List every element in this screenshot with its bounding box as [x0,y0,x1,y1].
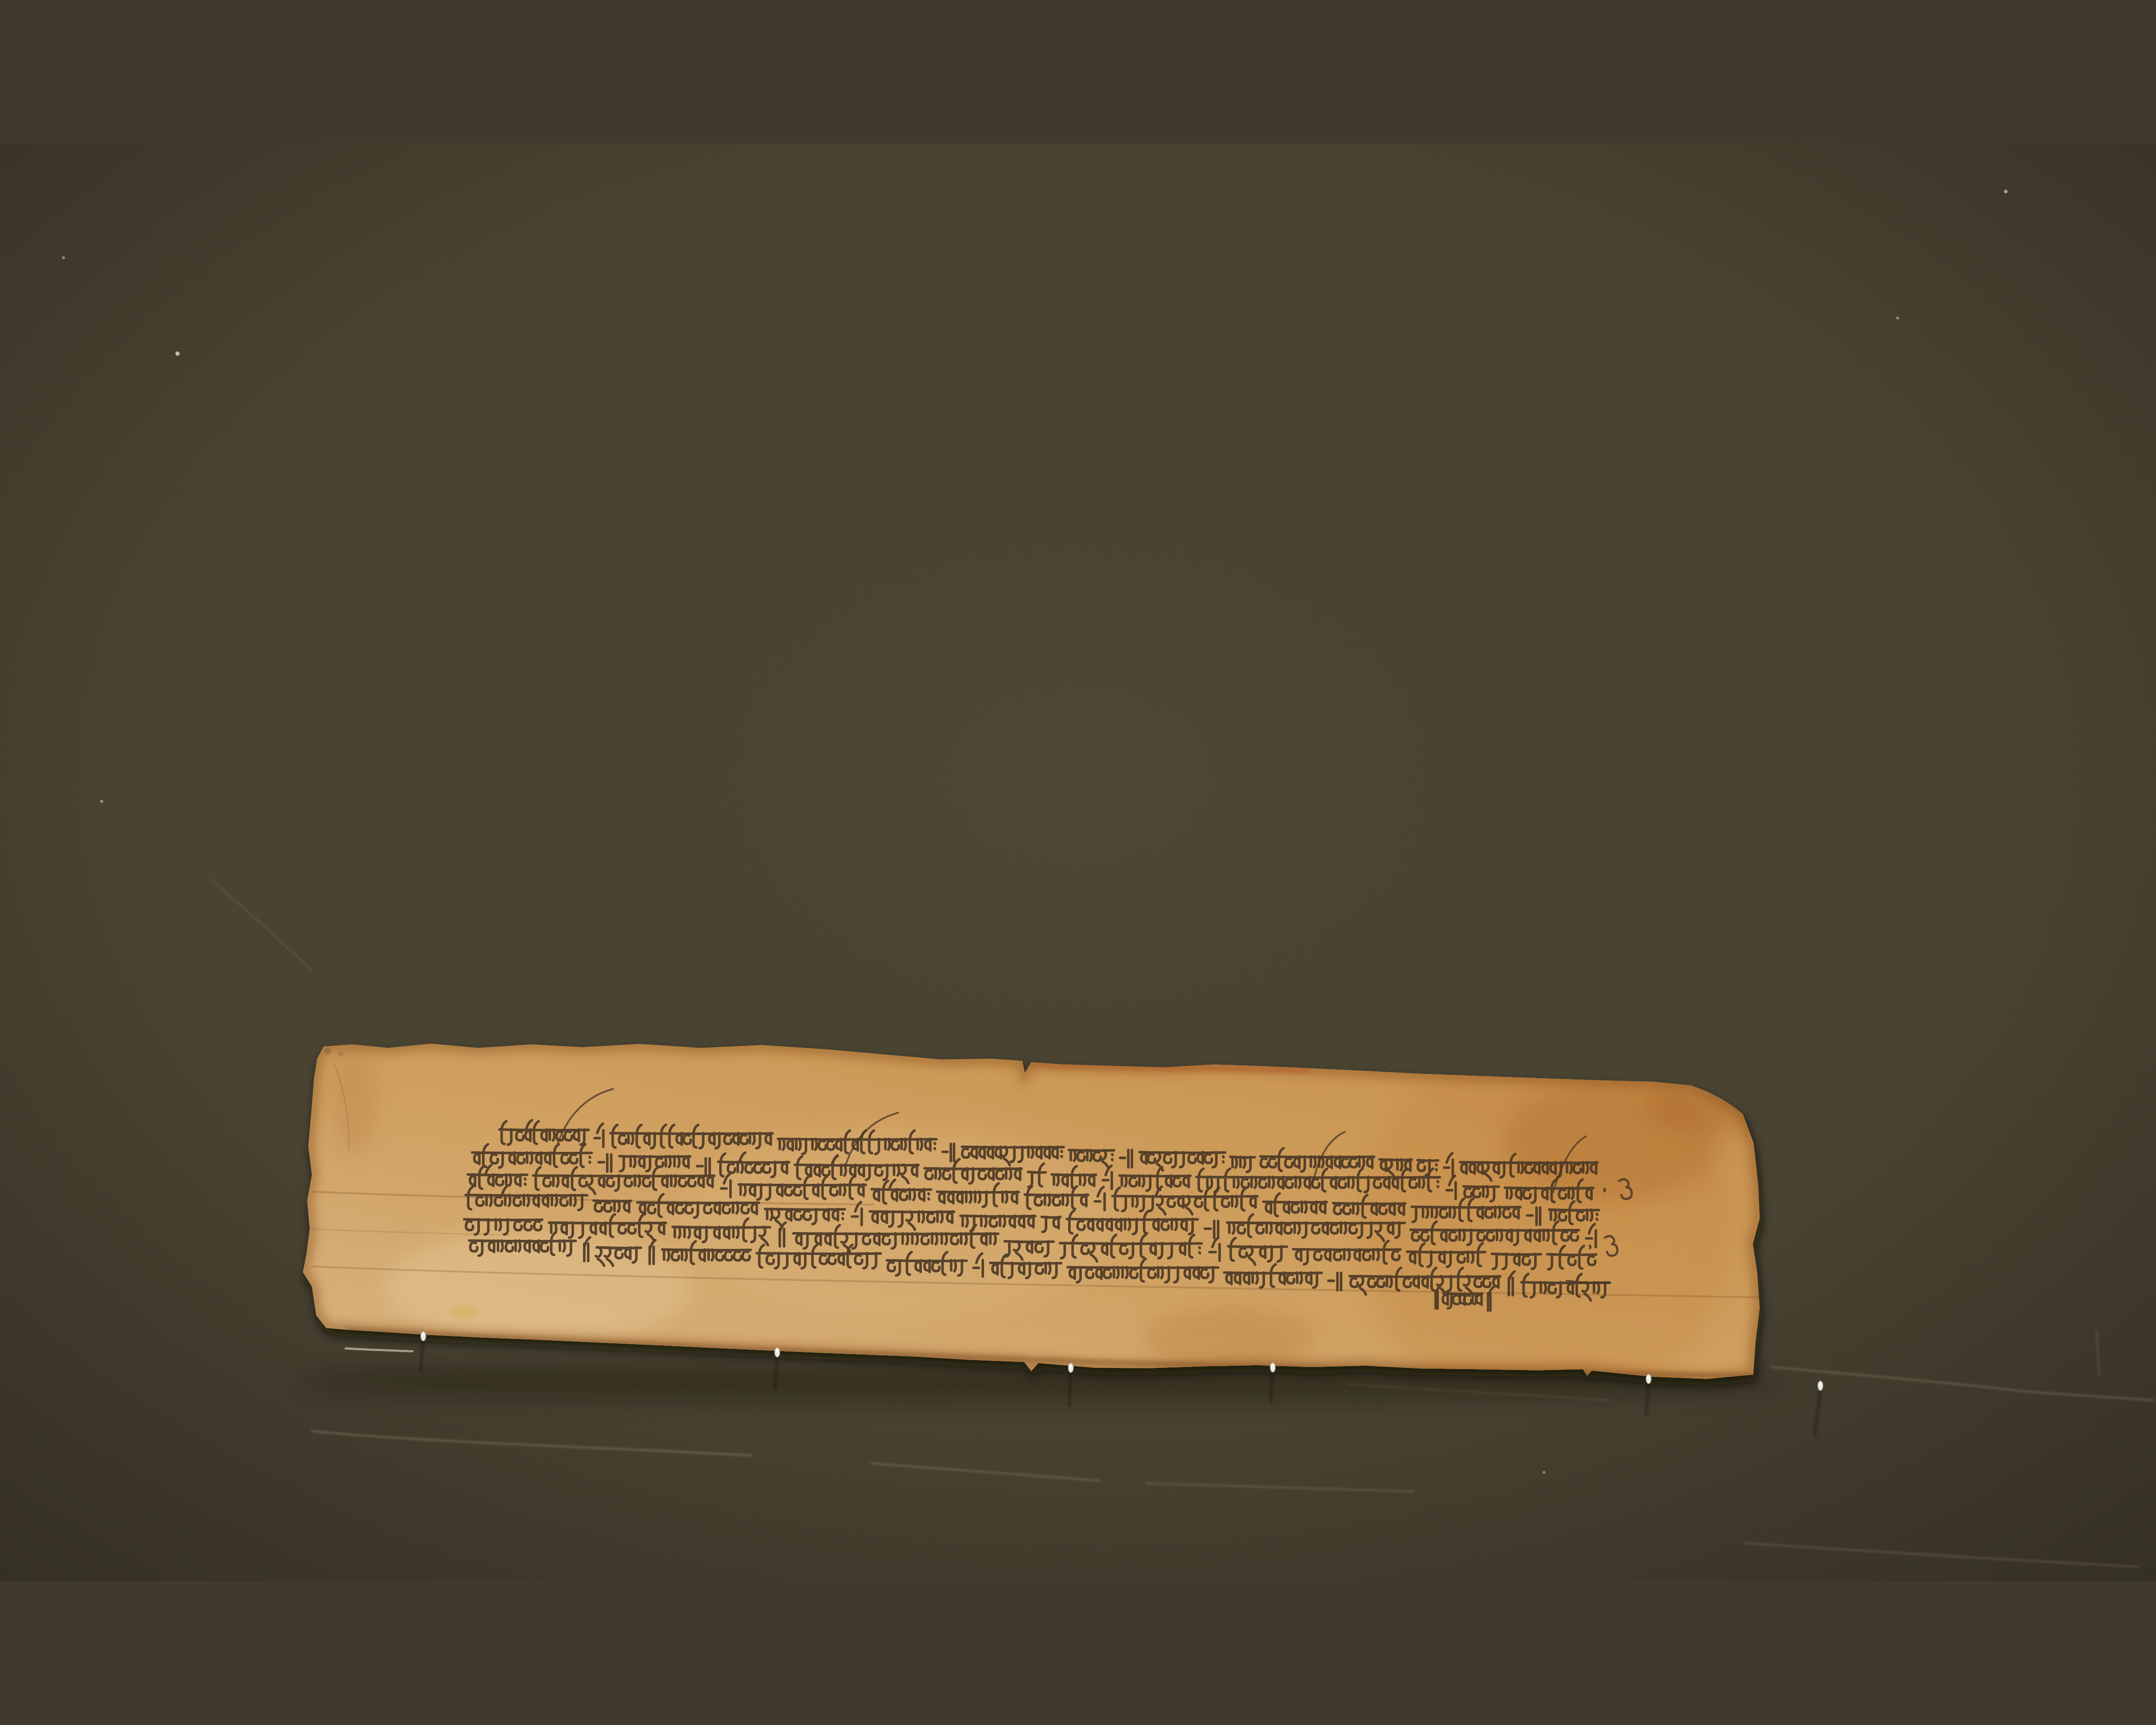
pin-highlight [1069,1365,1071,1367]
pin-highlight [1819,1383,1821,1386]
manuscript-photo-canvas [0,0,2156,1725]
pin-highlight [775,1350,777,1352]
pin-highlight [422,1334,424,1336]
pin-head [1069,1363,1074,1373]
pin-head [1818,1381,1823,1391]
pin-head [1646,1374,1651,1384]
pin-shadow [1069,1371,1071,1407]
pin-head [775,1348,780,1357]
pin-highlight [1647,1377,1649,1379]
pin-highlight [1271,1365,1273,1367]
photograph [0,0,2156,1725]
pin-head [421,1332,426,1341]
pin-head [1270,1363,1275,1372]
paper-texture [295,1035,1775,1391]
